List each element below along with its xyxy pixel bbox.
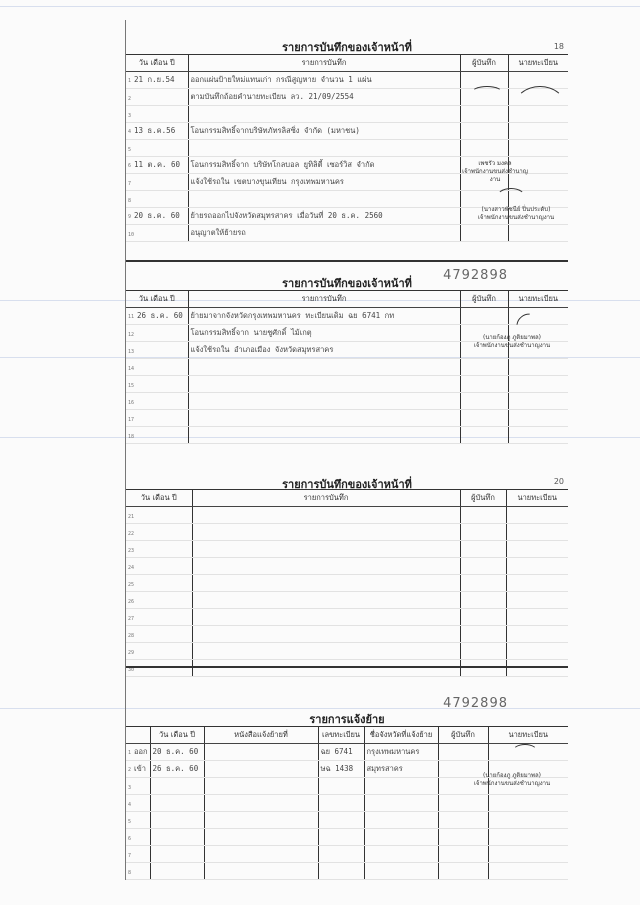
signature-mark	[471, 86, 503, 100]
entry-cell	[188, 106, 460, 123]
serial-number: 4792898	[443, 696, 508, 711]
entry-cell	[192, 609, 460, 626]
recorder-cell	[460, 359, 508, 376]
date-cell: 121 ก.ย.54	[126, 72, 188, 89]
entry-cell: โอนกรรมสิทธิ์จาก นายชูศักดิ์ ไม้เกตุ	[188, 325, 460, 342]
date-cell: 1126 ธ.ค. 60	[126, 308, 188, 325]
table-row: 5	[126, 140, 568, 157]
date-cell: 920 ธ.ค. 60	[126, 208, 188, 225]
registrar-cell	[506, 541, 568, 558]
col-date: วัน เดือน ปี	[126, 490, 192, 507]
registrar-cell	[506, 643, 568, 660]
table-row: 15	[126, 376, 568, 393]
plate-cell	[318, 795, 364, 812]
registrar-cell	[488, 829, 568, 846]
registrar-cell	[508, 410, 568, 427]
entry-cell	[188, 359, 460, 376]
transfer-log-table: วัน เดือน ปี หนังสือแจ้งย้ายที่ เลขทะเบี…	[126, 726, 568, 880]
col-date: วัน เดือน ปี	[150, 727, 204, 744]
date-cell: 16	[126, 393, 188, 410]
table-row: 10 อนุญาตให้ย้ายรถ	[126, 225, 568, 242]
type-cell: 3	[126, 778, 150, 795]
entry-cell: ออกแผ่นป้ายใหม่แทนเก่า กรณีสูญหาย จำนวน …	[188, 72, 460, 89]
date-cell	[150, 829, 204, 846]
recorder-cell	[460, 140, 508, 157]
table-row: 17	[126, 410, 568, 427]
table-row: 6	[126, 829, 568, 846]
table-row: 21	[126, 507, 568, 524]
registrar-cell	[506, 609, 568, 626]
date-cell: 20 ธ.ค. 60	[150, 744, 204, 761]
recorder-cell	[460, 660, 506, 677]
date-cell: 13	[126, 342, 188, 359]
entry-cell	[188, 427, 460, 444]
date-cell: 413 ธ.ค.56	[126, 123, 188, 140]
table-row: 14	[126, 359, 568, 376]
col-type	[126, 727, 150, 744]
transfer-log-section: 4792898 รายการแจ้งย้าย วัน เดือน ปี หนัง…	[126, 700, 568, 880]
col-registrar: นายทะเบียน	[488, 727, 568, 744]
table-row: 7	[126, 846, 568, 863]
col-entry: รายการบันทึก	[188, 291, 460, 308]
notice-cell	[204, 761, 318, 778]
notice-cell	[204, 795, 318, 812]
recorder-cell	[460, 225, 508, 242]
registrar-cell	[506, 660, 568, 677]
table-row: 25	[126, 575, 568, 592]
table-row: 28	[126, 626, 568, 643]
date-cell: 26	[126, 592, 192, 609]
notice-cell	[204, 812, 318, 829]
recorder-cell	[460, 609, 506, 626]
entry-cell: อนุญาตให้ย้ายรถ	[188, 225, 460, 242]
type-cell: 5	[126, 812, 150, 829]
date-cell	[150, 795, 204, 812]
notice-cell	[204, 863, 318, 880]
col-registrar: นายทะเบียน	[506, 490, 568, 507]
type-cell: 8	[126, 863, 150, 880]
date-cell: 17	[126, 410, 188, 427]
entry-cell: โอนกรรมสิทธิ์จาก บริษัทโกลบอล ยูทิลิตี้ …	[188, 157, 460, 174]
entry-cell	[192, 541, 460, 558]
col-entry: รายการบันทึก	[188, 55, 460, 72]
recorder-cell	[460, 643, 506, 660]
signer-title: เจ้าพนักงานขนส่งชำนาญงาน	[456, 780, 568, 788]
officer-log-table: วัน เดือน ปี รายการบันทึก ผู้บันทึก นายท…	[126, 290, 568, 444]
table-row: 22	[126, 524, 568, 541]
type-cell: 4	[126, 795, 150, 812]
recorder-cell	[460, 524, 506, 541]
entry-cell	[192, 660, 460, 677]
signature-block: (นายก้องภู ภูติยมาพล) เจ้าพนักงานขนส่งชำ…	[456, 772, 568, 788]
type-cell: 6	[126, 829, 150, 846]
entry-cell	[192, 507, 460, 524]
table-row: 5	[126, 812, 568, 829]
province-cell	[364, 863, 438, 880]
col-registrar: นายทะเบียน	[508, 55, 568, 72]
province-cell	[364, 829, 438, 846]
date-cell: 611 ต.ค. 60	[126, 157, 188, 174]
registrar-cell	[506, 575, 568, 592]
date-cell	[150, 846, 204, 863]
province-cell: กรุงเทพมหานคร	[364, 744, 438, 761]
recorder-cell	[460, 376, 508, 393]
col-recorder: ผู้บันทึก	[460, 490, 506, 507]
table-row: 16	[126, 393, 568, 410]
entry-cell: ย้ายรถออกไปจังหวัดสมุทรสาคร เมื่อวันที่ …	[188, 208, 460, 225]
registrar-cell	[488, 846, 568, 863]
date-cell: 21	[126, 507, 192, 524]
registrar-cell	[508, 225, 568, 242]
type-cell: 2เข้า	[126, 761, 150, 778]
date-cell: 3	[126, 106, 188, 123]
entry-cell	[192, 592, 460, 609]
registrar-cell	[506, 507, 568, 524]
entry-cell	[192, 575, 460, 592]
table-row: 1ออก 20 ธ.ค. 60 ฉย 6741 กรุงเทพมหานคร	[126, 744, 568, 761]
plate-cell	[318, 812, 364, 829]
date-cell: 8	[126, 191, 188, 208]
registrar-cell	[488, 812, 568, 829]
plate-cell: ษฉ 1438	[318, 761, 364, 778]
recorder-cell	[460, 558, 506, 575]
table-row: 4	[126, 795, 568, 812]
col-date: วัน เดือน ปี	[126, 291, 188, 308]
entry-cell	[188, 376, 460, 393]
recorder-cell	[460, 626, 506, 643]
signer-name: (นายก้องภู ภูติยมาพล)	[456, 772, 568, 780]
table-row: 8	[126, 863, 568, 880]
signer-name: เพชรัว มงคล	[460, 160, 530, 168]
col-recorder: ผู้บันทึก	[460, 55, 508, 72]
col-recorder: ผู้บันทึก	[460, 291, 508, 308]
type-cell: 7	[126, 846, 150, 863]
entry-cell	[188, 410, 460, 427]
table-row: 26	[126, 592, 568, 609]
officer-log-table: วัน เดือน ปี รายการบันทึก ผู้บันทึก นายท…	[126, 489, 568, 677]
signer-title: เจ้าพนักงานขนส่งชำนาญงาน	[456, 342, 568, 350]
recorder-cell	[438, 812, 488, 829]
date-cell: 18	[126, 427, 188, 444]
recorder-cell	[460, 541, 506, 558]
recorder-cell	[460, 507, 506, 524]
date-cell: 27	[126, 609, 192, 626]
signature-mark	[496, 188, 526, 208]
recorder-cell	[460, 393, 508, 410]
signature-mark	[512, 744, 538, 760]
date-cell: 23	[126, 541, 192, 558]
province-cell	[364, 778, 438, 795]
entry-cell	[192, 626, 460, 643]
plate-cell: ฉย 6741	[318, 744, 364, 761]
recorder-cell	[460, 410, 508, 427]
entry-cell: แจ้งใช้รถใน อำเภอเมือง จังหวัดสมุทรสาคร	[188, 342, 460, 359]
signature-block: (นางสาวพัชนีย์ ปิ่นประดับ) เจ้าพนักงานขน…	[464, 206, 568, 222]
plate-cell	[318, 863, 364, 880]
page-number: 18	[554, 42, 564, 51]
plate-cell	[318, 778, 364, 795]
entry-cell	[188, 140, 460, 157]
recorder-cell	[438, 795, 488, 812]
table-row: 413 ธ.ค.56 โอนกรรมสิทธิ์จากบริษัทภัทรลิส…	[126, 123, 568, 140]
table-row: 23	[126, 541, 568, 558]
registrar-cell	[508, 427, 568, 444]
recorder-cell	[460, 592, 506, 609]
col-province: ชื่อจังหวัดที่แจ้งย้าย	[364, 727, 438, 744]
notice-cell	[204, 744, 318, 761]
entry-cell	[192, 643, 460, 660]
date-cell: 2	[126, 89, 188, 106]
date-cell: 25	[126, 575, 192, 592]
date-cell	[150, 778, 204, 795]
recorder-cell	[438, 863, 488, 880]
recorder-cell	[460, 427, 508, 444]
date-cell: 26 ธ.ค. 60	[150, 761, 204, 778]
entry-cell	[188, 191, 460, 208]
entry-cell	[192, 524, 460, 541]
date-cell: 28	[126, 626, 192, 643]
plate-cell	[318, 829, 364, 846]
date-cell: 24	[126, 558, 192, 575]
recorder-cell	[460, 106, 508, 123]
notice-cell	[204, 829, 318, 846]
province-cell	[364, 795, 438, 812]
col-date: วัน เดือน ปี	[126, 55, 188, 72]
officer-log-section-1: รายการบันทึกของเจ้าหน้าที่ 18 วัน เดือน …	[126, 38, 568, 268]
registrar-cell	[508, 376, 568, 393]
entry-cell: โอนกรรมสิทธิ์จากบริษัทภัทรลิสซิ่ง จำกัด …	[188, 123, 460, 140]
plate-cell	[318, 846, 364, 863]
page-number: 20	[554, 477, 564, 486]
officer-log-section-2: 4792898 รายการบันทึกของเจ้าหน้าที่ วัน เ…	[126, 272, 568, 452]
registrar-cell	[508, 140, 568, 157]
date-cell: 22	[126, 524, 192, 541]
recorder-cell	[438, 846, 488, 863]
signature-mark	[514, 86, 566, 128]
signature-block: เพชรัว มงคล เจ้าพนักงานขนส่งชำนาญงาน	[460, 160, 530, 184]
registrar-cell	[508, 393, 568, 410]
registrar-cell	[506, 524, 568, 541]
recorder-cell	[438, 829, 488, 846]
signer-title: เจ้าพนักงานขนส่งชำนาญงาน	[460, 168, 530, 184]
recorder-cell	[460, 575, 506, 592]
entry-cell	[192, 558, 460, 575]
signature-block: (นายก้องภู ภูติยมาพล) เจ้าพนักงานขนส่งชำ…	[456, 334, 568, 350]
date-cell: 29	[126, 643, 192, 660]
registrar-cell	[506, 626, 568, 643]
registrar-cell	[506, 592, 568, 609]
entry-cell: แจ้งใช้รถใน เขตบางขุนเทียน กรุงเทพมหานคร	[188, 174, 460, 191]
date-cell: 30	[126, 660, 192, 677]
table-row: 1126 ธ.ค. 60 ย้ายมาจากจังหวัดกรุงเทพมหาน…	[126, 308, 568, 325]
col-plate: เลขทะเบียน	[318, 727, 364, 744]
col-registrar: นายทะเบียน	[508, 291, 568, 308]
recorder-cell	[460, 123, 508, 140]
date-cell: 7	[126, 174, 188, 191]
registrar-cell	[508, 359, 568, 376]
col-entry: รายการบันทึก	[192, 490, 460, 507]
col-notice-no: หนังสือแจ้งย้ายที่	[204, 727, 318, 744]
date-cell: 14	[126, 359, 188, 376]
table-row: 121 ก.ย.54 ออกแผ่นป้ายใหม่แทนเก่า กรณีสู…	[126, 72, 568, 89]
table-row: 27	[126, 609, 568, 626]
registrar-cell	[488, 863, 568, 880]
recorder-cell	[438, 744, 488, 761]
notice-cell	[204, 778, 318, 795]
date-cell: 15	[126, 376, 188, 393]
signer-name: (นายก้องภู ภูติยมาพล)	[456, 334, 568, 342]
table-row: 24	[126, 558, 568, 575]
date-cell: 10	[126, 225, 188, 242]
province-cell: สมุทรสาคร	[364, 761, 438, 778]
table-row: 18	[126, 427, 568, 444]
date-cell: 5	[126, 140, 188, 157]
col-recorder: ผู้บันทึก	[438, 727, 488, 744]
table-row: 3	[126, 106, 568, 123]
notice-cell	[204, 846, 318, 863]
signer-title: เจ้าพนักงานขนส่งชำนาญงาน	[464, 214, 568, 222]
entry-cell: ย้ายมาจากจังหวัดกรุงเทพมหานคร ทะเบียนเดิ…	[188, 308, 460, 325]
date-cell	[150, 863, 204, 880]
entry-cell: ตามบันทึกถ้อยคำนายทะเบียน ลว. 21/09/2554	[188, 89, 460, 106]
type-cell: 1ออก	[126, 744, 150, 761]
date-cell	[150, 812, 204, 829]
registrar-cell	[488, 795, 568, 812]
table-row: 30	[126, 660, 568, 677]
entry-cell	[188, 393, 460, 410]
province-cell	[364, 812, 438, 829]
recorder-cell	[460, 308, 508, 325]
date-cell: 12	[126, 325, 188, 342]
table-row: 29	[126, 643, 568, 660]
officer-log-section-3: รายการบันทึกของเจ้าหน้าที่ 20 วัน เดือน …	[126, 475, 568, 685]
province-cell	[364, 846, 438, 863]
registrar-cell	[506, 558, 568, 575]
